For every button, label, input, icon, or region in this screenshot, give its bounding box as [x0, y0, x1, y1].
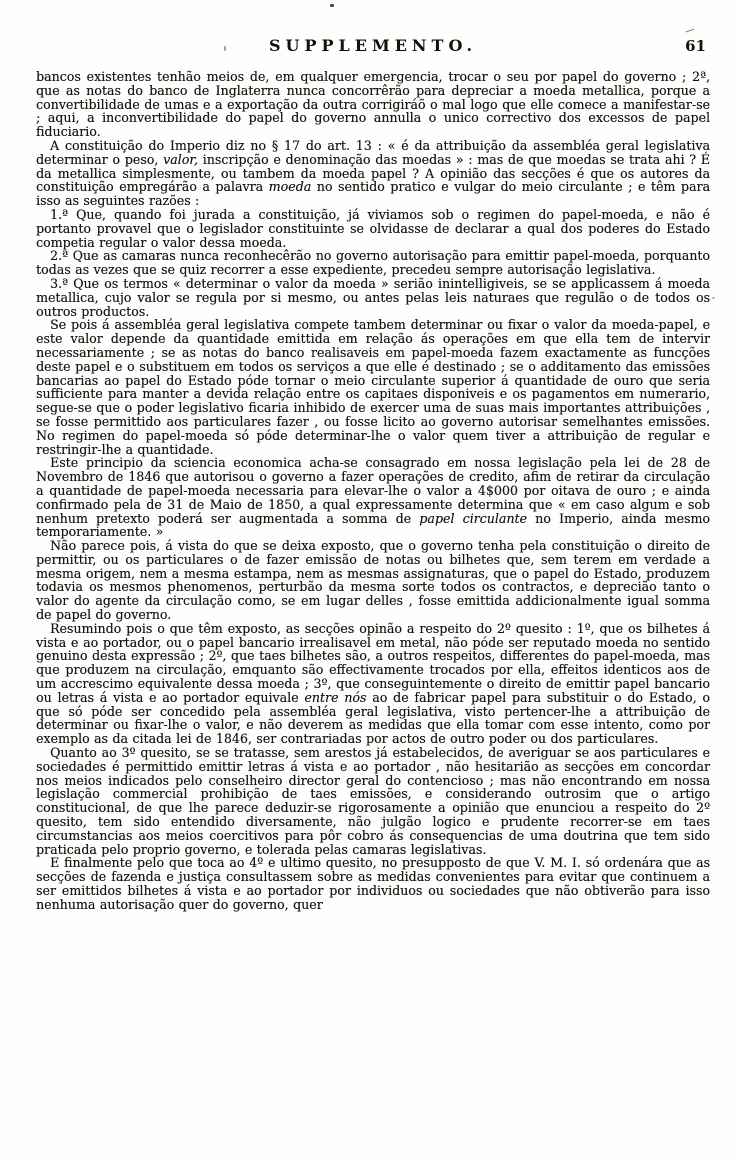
scan-speck — [712, 297, 715, 299]
italic-text-run: papel circulante — [419, 511, 527, 526]
text-run: 2.ª Que as camaras nunca reconhecêrão no… — [36, 248, 710, 277]
text-run: 1.ª Que, quando foi jurada a constituiçã… — [36, 207, 710, 250]
text-run: Quanto ao 3º quesito, se se tratasse, se… — [36, 745, 710, 857]
paragraph: 1.ª Que, quando foi jurada a constituiçã… — [36, 208, 710, 249]
scan-speck — [330, 4, 334, 7]
italic-text-run: valor, — [163, 152, 198, 167]
paragraph: Não parece pois, á vista do que se deixa… — [36, 539, 710, 622]
paragraph: E finalmente pelo que toca ao 4º e ultim… — [36, 856, 710, 911]
page-number: 61 — [685, 37, 706, 55]
paragraph: bancos existentes tenhão meios de, em qu… — [36, 70, 710, 139]
document-body: bancos existentes tenhão meios de, em qu… — [36, 70, 710, 912]
text-run: Se pois á assembléa geral legislativa co… — [36, 317, 710, 456]
page-title: SUPPLEMENTO. — [36, 36, 710, 55]
paragraph: Quanto ao 3º quesito, se se tratasse, se… — [36, 746, 710, 856]
paragraph: Este principio da sciencia economica ach… — [36, 456, 710, 539]
paragraph: Resumindo pois o que têm exposto, as sec… — [36, 622, 710, 746]
text-run: bancos existentes tenhão meios de, em qu… — [36, 69, 710, 139]
text-run: Não parece pois, á vista do que se deixa… — [36, 538, 710, 622]
page-header: SUPPLEMENTO. 61 — [36, 36, 710, 58]
text-run: E finalmente pelo que toca ao 4º e ultim… — [36, 855, 710, 911]
italic-text-run: moeda — [269, 179, 312, 194]
paragraph: 3.ª Que os termos « determinar o valor d… — [36, 277, 710, 318]
document-page: SUPPLEMENTO. 61 bancos existentes tenhão… — [0, 0, 736, 1165]
text-run: 3.ª Que os termos « determinar o valor d… — [36, 276, 710, 319]
paragraph: A constituição do Imperio diz no § 17 do… — [36, 139, 710, 208]
paragraph: Se pois á assembléa geral legislativa co… — [36, 318, 710, 456]
italic-text-run: entre nós — [304, 690, 366, 705]
paragraph: 2.ª Que as camaras nunca reconhecêrão no… — [36, 249, 710, 277]
